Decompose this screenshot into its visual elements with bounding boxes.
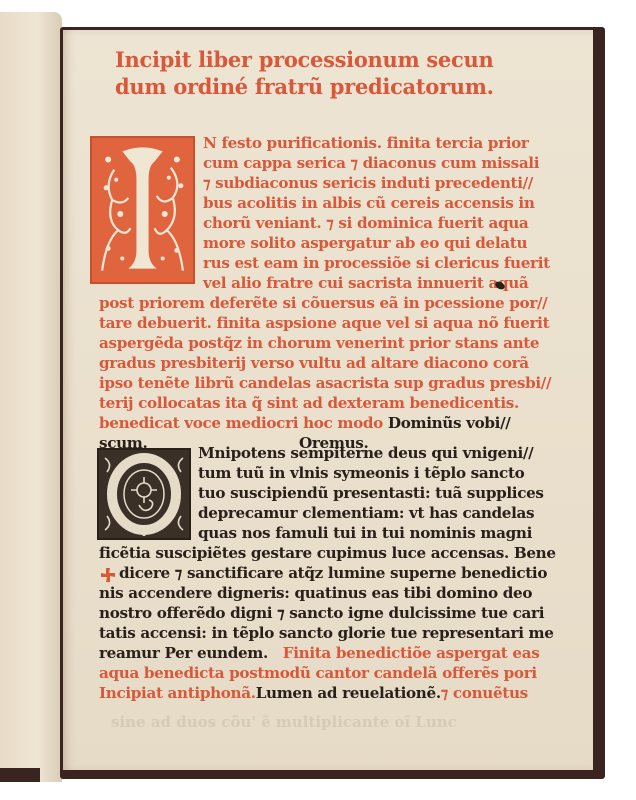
text-line: tum tuũ in vlnis symeonis i tẽplo sancto [198, 464, 524, 482]
left-page-edge [0, 12, 62, 782]
text-line-mixed: reamur Per eundem. Finita benedictiõe as… [99, 644, 539, 662]
text-line: more solito aspergatur ab eo qui delatu [203, 234, 527, 252]
red-cross-icon [101, 568, 115, 582]
text-line: Mnipotens sempiterne deus qui vnigeni// [198, 444, 533, 462]
text-segment: reamur Per eundem. [99, 644, 268, 662]
text-line: aspergẽda postq̃z in chorum venerint pri… [99, 334, 539, 352]
text-line: post priorem deferẽte si cõuersus eã in … [99, 294, 547, 312]
rubric-segment: Incipiat antiphonã. [99, 684, 256, 702]
text-line-mixed: Incipiat antiphonã.Lumen ad reuelationẽ.… [99, 684, 528, 702]
rubric-segment: Finita benedictiõe aspergat eas [283, 644, 540, 662]
decorated-initial-i [90, 136, 195, 284]
text-line: bus acolitis in albis cũ cereis accensis… [203, 194, 535, 212]
showthrough-text: sine ad duos cõu' ẽ multiplicante oĩ Lun… [111, 713, 531, 731]
text-line: rus est eam in processiõe si clericus fu… [203, 254, 550, 272]
text-line: cum cappa serica ⁊ diaconus cum missali [203, 154, 539, 172]
decorated-initial-o [97, 448, 191, 540]
floral-initial-o-icon [99, 450, 189, 538]
text-line: aqua benedicta postmodũ cantor candelã o… [99, 664, 537, 682]
text-line: vel alio fratre cui sacrista innuerit aq… [203, 274, 528, 292]
text-line: ficẽtia suscipiẽtes gestare cupimus luce… [99, 544, 556, 562]
text-line: tare debuerit. finita aspsione aque vel … [99, 314, 549, 332]
text-line: dicere ⁊ sanctificare atq̃z lumine super… [119, 564, 547, 582]
text-line: nis accendere digneris: quatinus eas tib… [99, 584, 532, 602]
text-line: chorũ veniant. ⁊ si dominica fuerit aqua [203, 214, 528, 232]
text-line: N festo purificationis. finita tercia pr… [203, 134, 529, 152]
text-line: tuo suscipiendũ presentasti: tuã supplic… [198, 484, 544, 502]
title-line-1: Incipit liber processionum secun [115, 46, 545, 73]
rubric-segment: ⁊ conuẽtus [441, 684, 528, 702]
text-segment: Dominũs vobi// [388, 414, 511, 432]
text-segment: Lumen ad reuelationẽ. [256, 684, 441, 702]
rubric-segment: benedicat voce mediocri hoc modo [99, 414, 388, 432]
text-line-mixed: benedicat voce mediocri hoc modo Dominũs… [99, 414, 510, 432]
text-line: nostro offerẽdo digni ⁊ sancto igne dulc… [99, 604, 544, 622]
text-line: ipso tenẽte librũ candelas asacrista sup… [99, 374, 551, 392]
text-line: deprecamur clementiam: vt has candelas [198, 504, 534, 522]
text-line: gradus presbiterij verso vultu ad altare… [99, 354, 529, 372]
page-title: Incipit liber processionum secun dum ord… [115, 46, 545, 100]
text-line: terij collocatas ita q̃ sint ad dexteram… [99, 394, 519, 412]
text-line: tatis accensi: in tẽplo sancto glorie tu… [99, 624, 554, 642]
title-line-2: dum ordiné fratrũ predicatorum. [115, 73, 545, 100]
text-line: quas nos famuli tui in tui nominis magni [198, 524, 532, 542]
text-line: ⁊ subdiaconus sericis induti precedenti/… [203, 174, 533, 192]
left-cover-edge [0, 768, 40, 782]
floral-initial-i-icon [92, 138, 193, 282]
book-page: Incipit liber processionum secun dum ord… [63, 30, 593, 770]
